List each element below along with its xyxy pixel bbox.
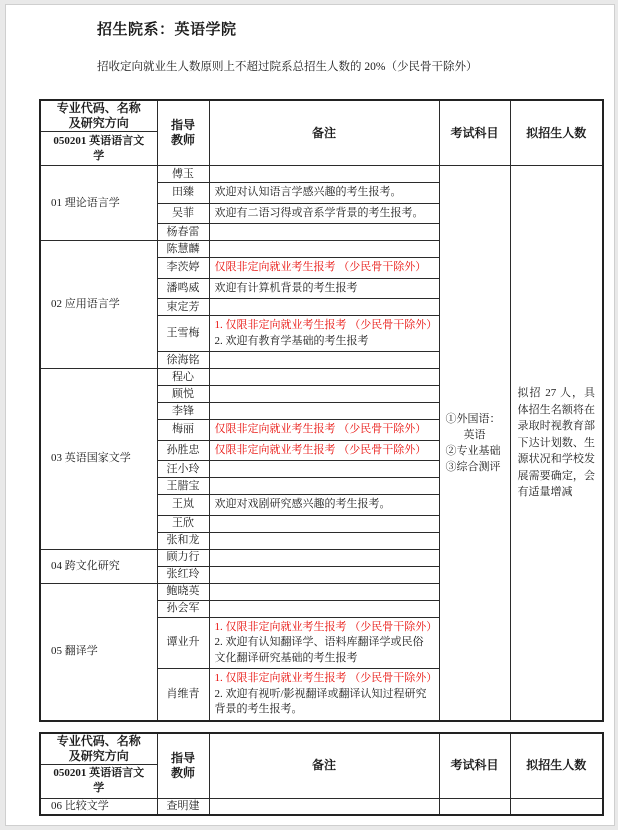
header-program-code: 050201 英语语言文 学 [40,132,157,166]
direction-cell: 06 比较文学 [40,798,157,815]
remark-cell [209,600,439,617]
document-page: 招生院系：英语学院 招收定向就业生人数原则上不超过院系总招生人数的 20%（少民… [5,4,615,826]
advisor-cell: 吴菲 [157,203,209,224]
table-header-row: 专业代码、名称 及研究方向 指导 教师 备注 考试科目 拟招生人数 [40,100,603,132]
direction-cell: 01 理论语言学 [40,166,157,241]
page-subtitle: 招收定向就业生人数原则上不超过院系总招生人数的 20%（少民骨干除外） [97,58,614,74]
advisor-cell: 王雪梅 [157,316,209,352]
remark-cell [209,566,439,583]
table-header-row: 专业代码、名称 及研究方向 指导 教师 备注 考试科目 拟招生人数 [40,733,603,765]
remark-cell: 1. 仅限非定向就业考生报考 （少民骨干除外）2. 欢迎有教育学基础的考生报考 [209,316,439,352]
exam-subject-line: ①外国语： [446,411,504,427]
remark-cell [209,478,439,495]
advisor-cell: 张和龙 [157,532,209,549]
remark-cell [209,241,439,258]
remark-cell [209,461,439,478]
remark-cell [209,299,439,316]
admissions-table-body: 01 理论语言学傅玉①外国语：英语②专业基础③综合测评拟招 27 人，具体招生名… [40,166,603,721]
table-row: 01 理论语言学傅玉①外国语：英语②专业基础③综合测评拟招 27 人，具体招生名… [40,166,603,183]
remark-cell: 仅限非定向就业考生报考 （少民骨干除外） [209,440,439,461]
remark-cell: 欢迎对认知语言学感兴趣的考生报考。 [209,183,439,204]
quota-cell [510,798,603,815]
remark-line: 1. 仅限非定向就业考生报考 （少民骨干除外） [215,318,434,334]
remark-line: 仅限非定向就业考生报考 （少民骨干除外） [215,422,434,438]
header-remarks-col: 备注 [209,733,439,799]
remark-cell: 欢迎对戏剧研究感兴趣的考生报考。 [209,495,439,516]
direction-cell: 03 英语国家文学 [40,369,157,550]
advisor-cell: 杨春雷 [157,224,209,241]
advisor-cell: 谭业升 [157,617,209,669]
remark-line: 2. 欢迎有视听/影视翻译或翻译认知过程研究背景的考生报考。 [215,687,434,718]
remark-cell: 1. 仅限非定向就业考生报考 （少民骨干除外）2. 欢迎有视听/影视翻译或翻译认… [209,669,439,721]
remark-line: 欢迎对认知语言学感兴趣的考生报考。 [215,185,434,201]
remark-line: 欢迎有计算机背景的考生报考 [215,281,434,297]
header-program-code: 050201 英语语言文 学 [40,764,157,798]
continuation-table: 专业代码、名称 及研究方向 指导 教师 备注 考试科目 拟招生人数 050201… [39,732,604,817]
header-program-col: 专业代码、名称 及研究方向 [40,100,157,132]
remark-cell [209,352,439,369]
header-program-col: 专业代码、名称 及研究方向 [40,733,157,765]
remark-line: 2. 欢迎有认知翻译学、语料库翻译学或民俗文化翻译研究基础的考生报考 [215,635,434,666]
remark-cell [209,403,439,420]
advisor-cell: 陈慧麟 [157,241,209,258]
advisor-cell: 梅丽 [157,420,209,441]
remark-line: 仅限非定向就业考生报考 （少民骨干除外） [215,443,434,459]
advisor-cell: 程心 [157,369,209,386]
header-quota-col: 拟招生人数 [510,733,603,799]
exam-subjects-cell: ①外国语：英语②专业基础③综合测评 [439,166,510,721]
remark-cell: 欢迎有二语习得或音系学背景的考生报考。 [209,203,439,224]
remark-line: 1. 仅限非定向就业考生报考 （少民骨干除外） [215,671,434,687]
remark-cell: 欢迎有计算机背景的考生报考 [209,278,439,299]
header-remarks-col: 备注 [209,100,439,166]
remark-line: 2. 欢迎有教育学基础的考生报考 [215,334,434,350]
remark-cell [209,532,439,549]
header-advisor-col: 指导 教师 [157,733,209,799]
advisor-cell: 孙会军 [157,600,209,617]
advisor-cell: 顾悦 [157,386,209,403]
advisor-cell: 汪小玲 [157,461,209,478]
remark-line: 欢迎对戏剧研究感兴趣的考生报考。 [215,497,434,513]
remark-cell [209,515,439,532]
page-title: 招生院系：英语学院 [97,18,614,39]
quota-cell: 拟招 27 人，具体招生名额将在录取时视教育部下达计划数、生源状况和学校发展需要… [510,166,603,721]
advisor-cell: 王岚 [157,495,209,516]
advisor-cell: 孙胜忠 [157,440,209,461]
advisor-cell: 潘鸣威 [157,278,209,299]
advisor-cell: 鲍晓英 [157,583,209,600]
exam-subject-line: 英语 [446,427,504,443]
advisor-cell: 束定芳 [157,299,209,316]
advisor-cell: 田臻 [157,183,209,204]
remark-cell [209,583,439,600]
remark-line: 仅限非定向就业考生报考 （少民骨干除外） [215,260,434,276]
remark-cell: 仅限非定向就业考生报考 （少民骨干除外） [209,420,439,441]
remark-cell: 1. 仅限非定向就业考生报考 （少民骨干除外）2. 欢迎有认知翻译学、语料库翻译… [209,617,439,669]
exam-subject-line: ③综合测评 [446,459,504,475]
advisor-cell: 查明建 [157,798,209,815]
direction-cell: 05 翻译学 [40,583,157,721]
advisor-cell: 王腊宝 [157,478,209,495]
header-exam-col: 考试科目 [439,733,510,799]
header-advisor-col: 指导 教师 [157,100,209,166]
remark-cell [209,386,439,403]
advisor-cell: 傅玉 [157,166,209,183]
remark-line: 欢迎有二语习得或音系学背景的考生报考。 [215,206,434,222]
advisor-cell: 王欣 [157,515,209,532]
header-exam-col: 考试科目 [439,100,510,166]
continuation-table-body: 06 比较文学查明建 [40,798,603,815]
admissions-table: 专业代码、名称 及研究方向 指导 教师 备注 考试科目 拟招生人数 050201… [39,99,604,722]
exam-subject-line: ②专业基础 [446,443,504,459]
direction-cell: 02 应用语言学 [40,241,157,369]
advisor-cell: 李锋 [157,403,209,420]
advisor-cell: 肖维青 [157,669,209,721]
advisor-cell: 徐海铭 [157,352,209,369]
remark-cell [209,166,439,183]
remark-cell [209,224,439,241]
advisor-cell: 李茨婷 [157,258,209,279]
remark-cell [209,549,439,566]
remark-line: 1. 仅限非定向就业考生报考 （少民骨干除外） [215,620,434,636]
remark-cell [209,798,439,815]
exam-subjects-cell [439,798,510,815]
header-quota-col: 拟招生人数 [510,100,603,166]
remark-cell: 仅限非定向就业考生报考 （少民骨干除外） [209,258,439,279]
remark-cell [209,369,439,386]
advisor-cell: 张红玲 [157,566,209,583]
direction-cell: 04 跨文化研究 [40,549,157,583]
advisor-cell: 顾力行 [157,549,209,566]
table-row: 06 比较文学查明建 [40,798,603,815]
